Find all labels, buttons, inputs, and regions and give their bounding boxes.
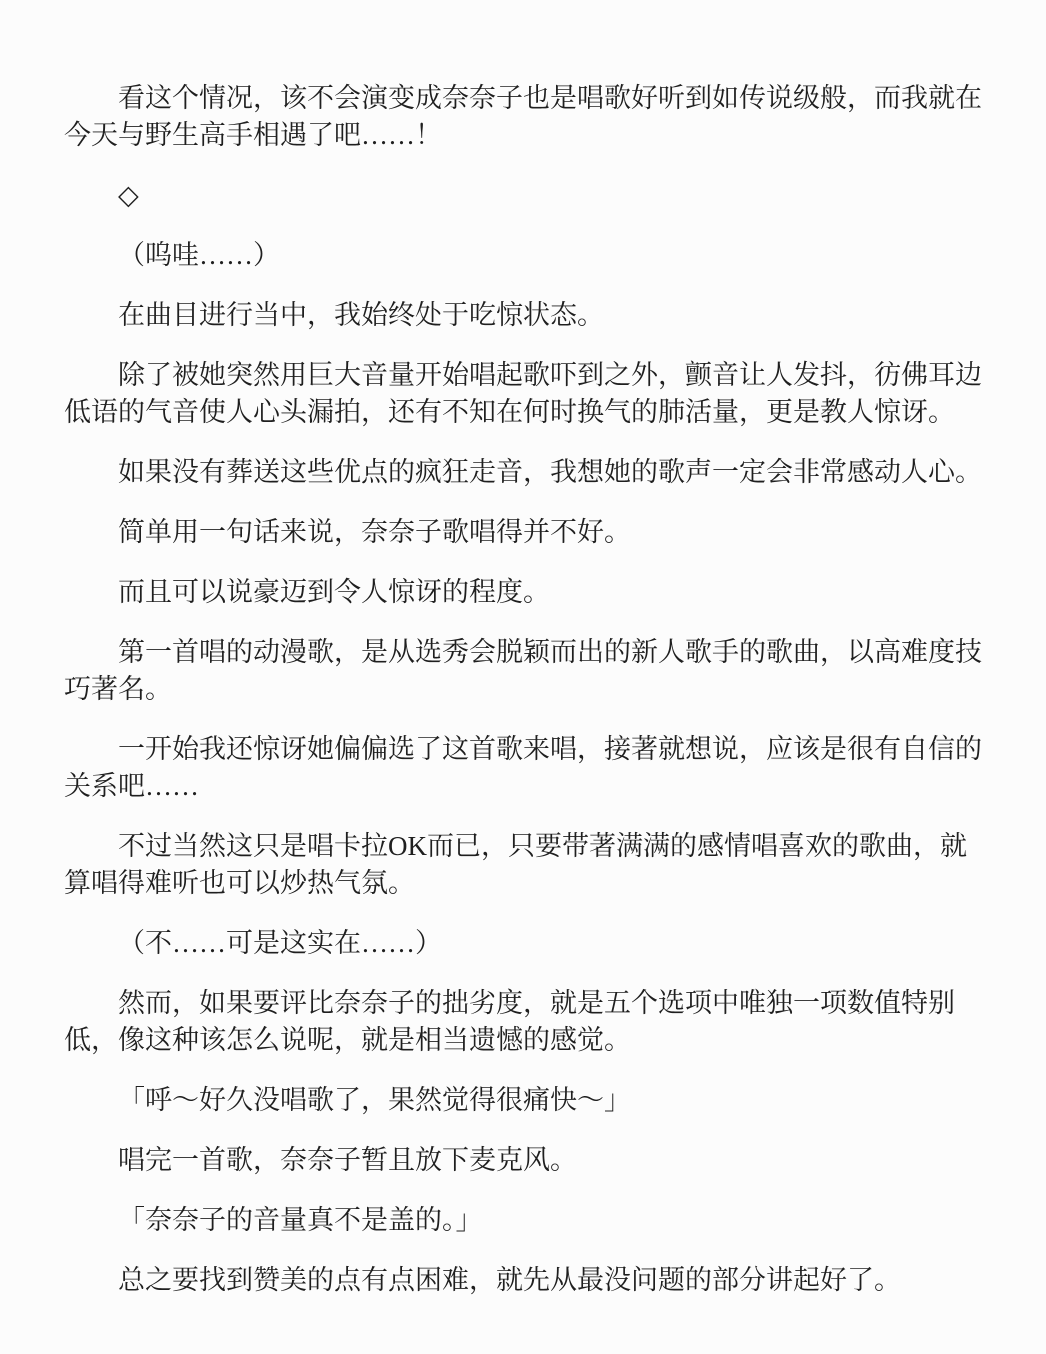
paragraph: 简单用一句话来说，奈奈子歌唱得并不好。 — [64, 514, 982, 551]
paragraph: 唱完一首歌，奈奈子暂且放下麦克风。 — [64, 1142, 982, 1179]
section-divider: ◇ — [64, 177, 982, 214]
paragraph: 「呼～好久没唱歌了，果然觉得很痛快～」 — [64, 1082, 982, 1119]
paragraph: 而且可以说豪迈到令人惊讶的程度。 — [64, 574, 982, 611]
paragraph: （呜哇……） — [64, 237, 982, 274]
paragraph: 除了被她突然用巨大音量开始唱起歌吓到之外，颤音让人发抖，彷佛耳边低语的气音使人心… — [64, 357, 982, 431]
paragraph: 一开始我还惊讶她偏偏选了这首歌来唱，接著就想说，应该是很有自信的关系吧…… — [64, 731, 982, 805]
paragraph: （不……可是这实在……） — [64, 925, 982, 962]
paragraph: 看这个情况，该不会演变成奈奈子也是唱歌好听到如传说级般，而我就在今天与野生高手相… — [64, 80, 982, 154]
paragraph: 如果没有葬送这些优点的疯狂走音，我想她的歌声一定会非常感动人心。 — [64, 454, 982, 491]
paragraph: 在曲目进行当中，我始终处于吃惊状态。 — [64, 297, 982, 334]
novel-page: 看这个情况，该不会演变成奈奈子也是唱歌好听到如传说级般，而我就在今天与野生高手相… — [0, 0, 1046, 1354]
paragraph: 然而，如果要评比奈奈子的拙劣度，就是五个选项中唯独一项数值特别低，像这种该怎么说… — [64, 985, 982, 1059]
paragraph: 不过当然这只是唱卡拉OK而已，只要带著满满的感情唱喜欢的歌曲，就算唱得难听也可以… — [64, 828, 982, 902]
paragraph: 第一首唱的动漫歌，是从选秀会脱颖而出的新人歌手的歌曲，以高难度技巧著名。 — [64, 634, 982, 708]
paragraph: 「奈奈子的音量真不是盖的。」 — [64, 1202, 982, 1239]
paragraph: 总之要找到赞美的点有点困难，就先从最没问题的部分讲起好了。 — [64, 1262, 982, 1299]
